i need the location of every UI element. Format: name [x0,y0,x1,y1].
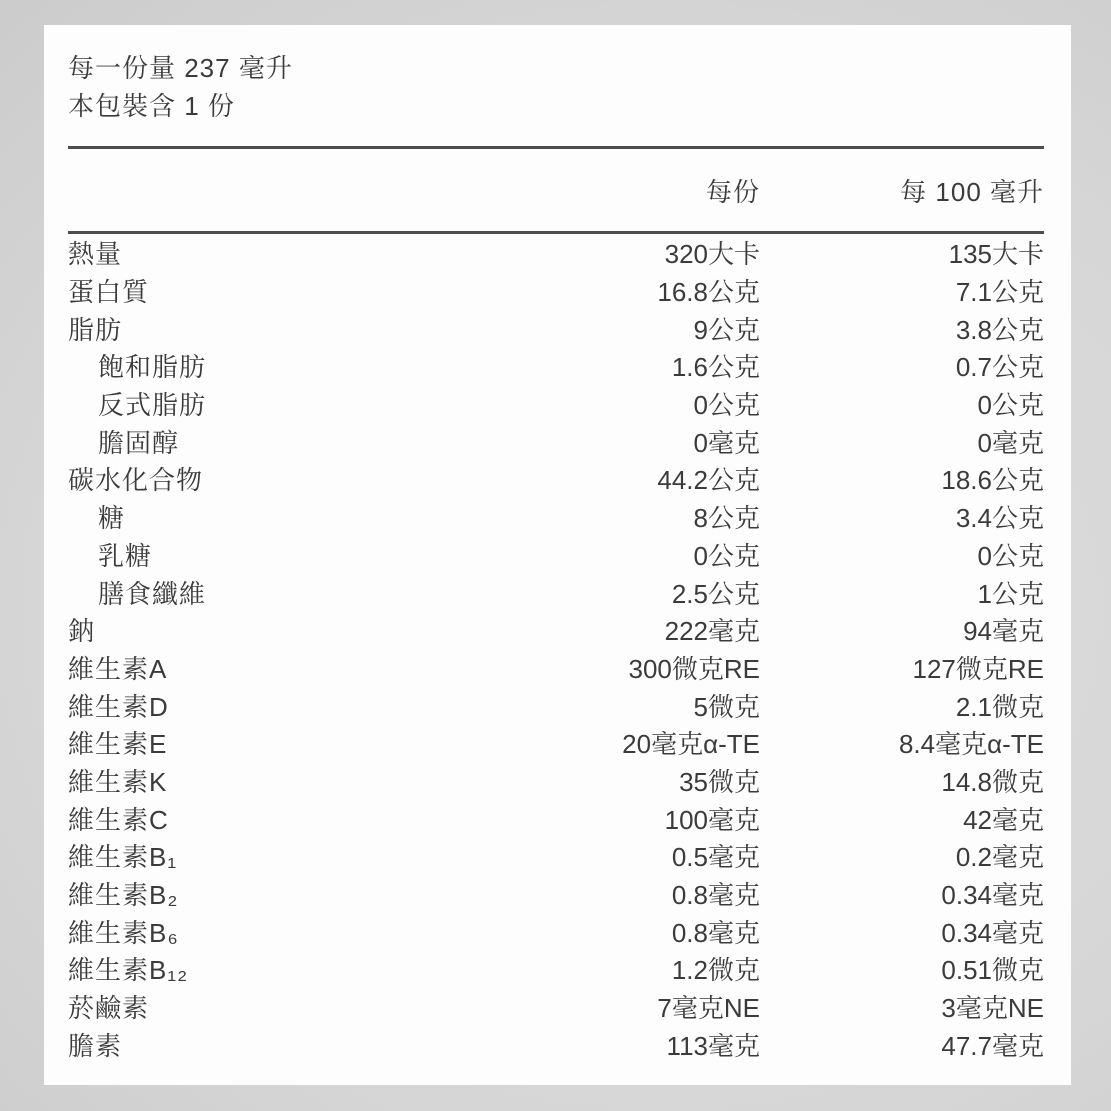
value-per-100ml: 7.1公克 [760,272,1044,310]
table-row: 脂肪 9公克 3.8公克 [68,309,1044,347]
value-per-100ml: 94毫克 [760,611,1044,649]
table-row: 維生素B₁₂ 1.2微克 0.51微克 [68,950,1044,988]
table-row: 維生素E 20毫克α-TE 8.4毫克α-TE [68,724,1044,762]
table-row: 蛋白質 16.8公克 7.1公克 [68,272,1044,310]
value-per-serving: 300微克RE [495,649,760,687]
value-per-serving: 222毫克 [495,611,760,649]
value-per-100ml: 3.8公克 [760,309,1044,347]
table-row: 維生素C 100毫克 42毫克 [68,799,1044,837]
table-row: 乳糖 0公克 0公克 [68,536,1044,574]
table-row: 維生素B₁ 0.5毫克 0.2毫克 [68,837,1044,875]
nutrient-name: 膽固醇 [68,422,495,460]
nutrient-table: 熱量 320大卡 135大卡 蛋白質 16.8公克 7.1公克 脂肪 9公克 3… [68,234,1044,1063]
value-per-100ml: 8.4毫克α-TE [760,724,1044,762]
value-per-serving: 113毫克 [495,1025,760,1063]
nutrition-label-card: 每一份量 237 毫升 本包裝含 1 份 每份 每 100 毫升 熱量 320大… [44,25,1071,1085]
value-per-100ml: 3毫克NE [760,988,1044,1026]
value-per-100ml: 0公克 [760,385,1044,423]
nutrient-name: 維生素B₆ [68,912,495,950]
table-row: 碳水化合物 44.2公克 18.6公克 [68,460,1044,498]
table-row: 膽固醇 0毫克 0毫克 [68,422,1044,460]
table-row: 維生素D 5微克 2.1微克 [68,686,1044,724]
nutrient-name: 脂肪 [68,309,495,347]
value-per-100ml: 18.6公克 [760,460,1044,498]
nutrient-name: 菸鹼素 [68,988,495,1026]
value-per-serving: 44.2公克 [495,460,760,498]
table-row: 鈉 222毫克 94毫克 [68,611,1044,649]
value-per-serving: 0公克 [495,536,760,574]
value-per-serving: 8公克 [495,498,760,536]
table-row: 維生素K 35微克 14.8微克 [68,762,1044,800]
nutrient-name: 維生素K [68,762,495,800]
value-per-serving: 35微克 [495,762,760,800]
nutrient-name: 維生素E [68,724,495,762]
nutrient-name: 鈉 [68,611,495,649]
table-row: 維生素A 300微克RE 127微克RE [68,649,1044,687]
value-per-100ml: 0.2毫克 [760,837,1044,875]
value-per-serving: 0.8毫克 [495,875,760,913]
nutrient-name: 蛋白質 [68,272,495,310]
value-per-serving: 20毫克α-TE [495,724,760,762]
table-row: 反式脂肪 0公克 0公克 [68,385,1044,423]
nutrient-name: 維生素A [68,649,495,687]
value-per-100ml: 47.7毫克 [760,1025,1044,1063]
value-per-100ml: 3.4公克 [760,498,1044,536]
table-row: 維生素B₆ 0.8毫克 0.34毫克 [68,912,1044,950]
table-row: 熱量 320大卡 135大卡 [68,234,1044,272]
table-row: 飽和脂肪 1.6公克 0.7公克 [68,347,1044,385]
page-background: 每一份量 237 毫升 本包裝含 1 份 每份 每 100 毫升 熱量 320大… [0,0,1111,1111]
value-per-100ml: 0.34毫克 [760,912,1044,950]
value-per-100ml: 2.1微克 [760,686,1044,724]
value-per-serving: 7毫克NE [495,988,760,1026]
value-per-100ml: 0.34毫克 [760,875,1044,913]
nutrient-name: 飽和脂肪 [68,347,495,385]
value-per-serving: 0毫克 [495,422,760,460]
nutrient-name: 膳食纖維 [68,573,495,611]
nutrient-name: 維生素B₁₂ [68,950,495,988]
table-row: 膳食纖維 2.5公克 1公克 [68,573,1044,611]
table-row: 膽素 113毫克 47.7毫克 [68,1025,1044,1063]
value-per-serving: 0公克 [495,385,760,423]
value-per-serving: 5微克 [495,686,760,724]
nutrient-name: 膽素 [68,1025,495,1063]
value-per-100ml: 0公克 [760,536,1044,574]
nutrient-name: 碳水化合物 [68,460,495,498]
value-per-100ml: 0毫克 [760,422,1044,460]
table-row: 維生素B₂ 0.8毫克 0.34毫克 [68,875,1044,913]
nutrient-name: 維生素C [68,799,495,837]
value-per-100ml: 0.51微克 [760,950,1044,988]
nutrient-name: 維生素D [68,686,495,724]
column-header-per-100ml: 每 100 毫升 [760,172,1044,209]
column-header-row: 每份 每 100 毫升 [68,149,1044,231]
value-per-100ml: 0.7公克 [760,347,1044,385]
nutrient-name: 維生素B₂ [68,875,495,913]
value-per-serving: 0.5毫克 [495,837,760,875]
serving-info: 每一份量 237 毫升 本包裝含 1 份 [68,49,1044,125]
value-per-serving: 1.6公克 [495,347,760,385]
value-per-100ml: 1公克 [760,573,1044,611]
nutrient-name: 糖 [68,498,495,536]
table-row: 菸鹼素 7毫克NE 3毫克NE [68,988,1044,1026]
nutrient-name: 維生素B₁ [68,837,495,875]
value-per-serving: 16.8公克 [495,272,760,310]
value-per-100ml: 42毫克 [760,799,1044,837]
value-per-serving: 2.5公克 [495,573,760,611]
column-header-per-serving: 每份 [495,172,760,209]
value-per-serving: 1.2微克 [495,950,760,988]
value-per-100ml: 127微克RE [760,649,1044,687]
value-per-serving: 320大卡 [495,234,760,272]
table-row: 糖 8公克 3.4公克 [68,498,1044,536]
value-per-serving: 9公克 [495,309,760,347]
nutrient-name: 反式脂肪 [68,385,495,423]
nutrient-name: 熱量 [68,234,495,272]
value-per-100ml: 14.8微克 [760,762,1044,800]
nutrient-name: 乳糖 [68,536,495,574]
value-per-serving: 100毫克 [495,799,760,837]
serving-size-text: 每一份量 237 毫升 [68,49,1044,87]
value-per-100ml: 135大卡 [760,234,1044,272]
servings-per-package-text: 本包裝含 1 份 [68,87,1044,125]
value-per-serving: 0.8毫克 [495,912,760,950]
